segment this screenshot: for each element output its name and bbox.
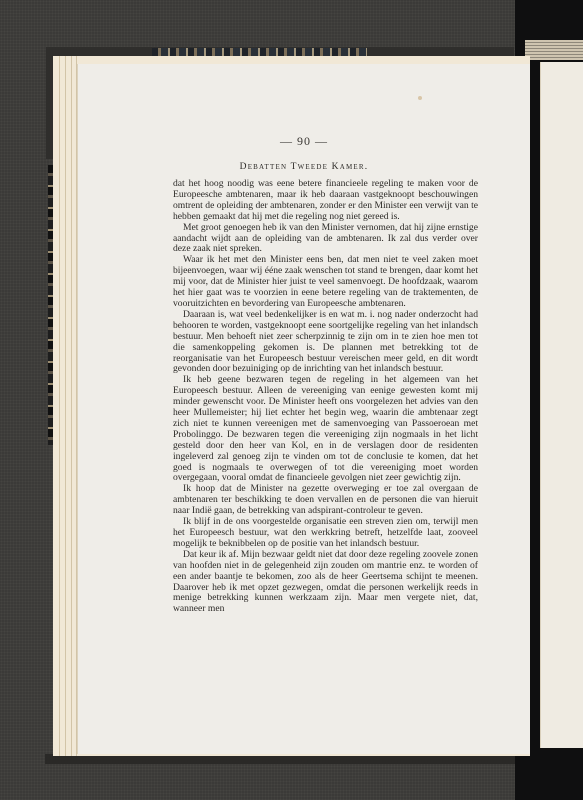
book-page: — 90 — Debatten Tweede Kamer. dat het ho…: [78, 64, 530, 754]
facing-page-stack-edge: [525, 40, 583, 60]
body-text: dat het hoog noodig was eene betere fina…: [173, 179, 478, 615]
paragraph: Ik heb geene bezwaren tegen de regeling …: [173, 375, 478, 484]
page-edge-line: [59, 56, 60, 756]
paragraph: Ik hoop dat de Minister na gezette overw…: [173, 484, 478, 517]
page-edge-line: [71, 56, 72, 756]
foxing-spot: [418, 96, 422, 100]
paragraph: Daaraan is, wat veel bedenkelijker is en…: [173, 310, 478, 375]
page-number: — 90 —: [78, 134, 530, 149]
paragraph: dat het hoog noodig was eene betere fina…: [173, 179, 478, 223]
paragraph: Ik blijf in de ons voorgestelde organisa…: [173, 517, 478, 550]
paragraph: Met groot genoegen heb ik van den Minist…: [173, 223, 478, 256]
page-edge-line: [65, 56, 66, 756]
paragraph: Dat keur ik af. Mijn bezwaar geldt niet …: [173, 550, 478, 615]
page-edge-line: [76, 56, 77, 756]
running-head: Debatten Tweede Kamer.: [78, 162, 530, 172]
paragraph: Waar ik het met den Minister eens ben, d…: [173, 255, 478, 310]
marbled-edge-top: [152, 48, 367, 56]
facing-page: [540, 62, 583, 748]
